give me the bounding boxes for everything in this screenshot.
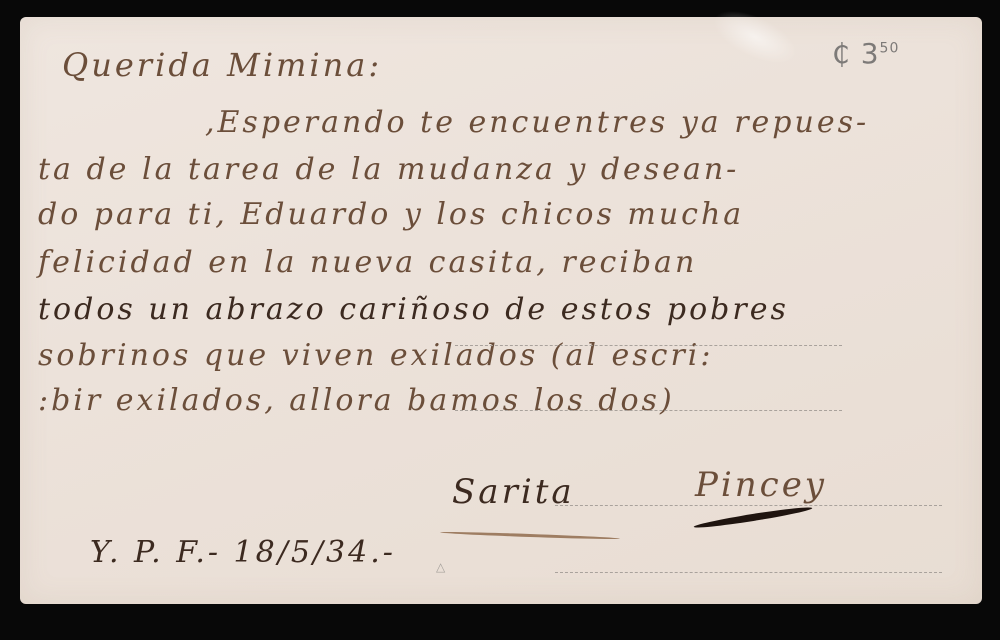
address-line-4 (555, 572, 942, 573)
signature-flourish (693, 505, 813, 531)
body-line-2: ta de la tarea de la mudanza y desean- (38, 152, 739, 188)
pencil-price-text: ₵ 3 (832, 37, 880, 70)
salutation: Querida Mimina: (62, 47, 382, 83)
body-line-3: do para ti, Eduardo y los chicos mucha (38, 197, 744, 233)
body-line-1: ,Esperando te encuentres ya repues- (205, 105, 869, 141)
body-line-6: sobrinos que viven exilados (al escri: (38, 338, 714, 374)
body-line-7: :bir exilados, allora bamos los dos) (38, 383, 675, 419)
body-line-4: felicidad en la nueva casita, reciban (38, 245, 697, 281)
signature-pincey: Pincey (695, 465, 827, 505)
postcard: ₵ 350 Querida Mimina: ,Esperando te encu… (20, 17, 982, 604)
body-line-5: todos un abrazo cariñoso de estos pobres (38, 292, 789, 328)
address-line-3 (555, 505, 942, 506)
triangle-mark: △ (436, 560, 445, 574)
address-line-1 (455, 345, 842, 346)
date-line: Y. P. F.- 18/5/34.- (90, 535, 396, 570)
pencil-price-note: ₵ 350 (832, 37, 899, 70)
signature-sarita: Sarita (452, 472, 575, 512)
signature-underline (440, 531, 620, 540)
address-line-2 (455, 410, 842, 411)
pencil-price-superscript: 50 (880, 41, 900, 57)
